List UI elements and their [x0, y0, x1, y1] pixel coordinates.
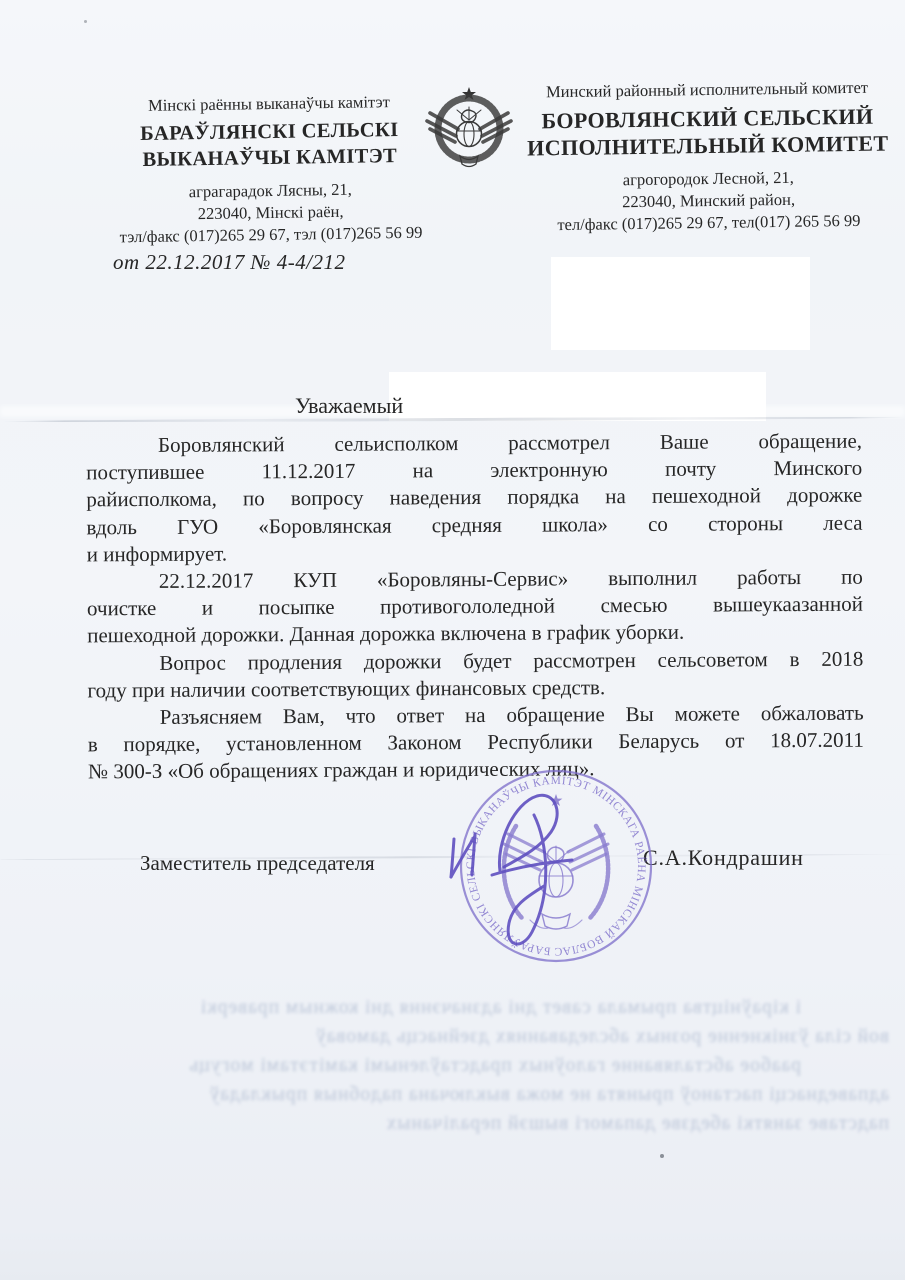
letterhead-right-address: агрогородок Лесной, 21, 223040, Минский … — [512, 165, 905, 236]
body-paragraph: 22.12.2017 КУП «Боровляны-Сервис» выполн… — [87, 564, 863, 650]
redaction-box-recipient — [551, 257, 810, 350]
reference-line: от 22.12.2017 № 4-4/212 — [113, 250, 346, 275]
scanned-letter: Мінскі раённы выканаўчы камітэт БАРАЎЛЯН… — [0, 0, 905, 1280]
bleedthrough-line: раабое абсталяванне галоўных прадстаўлен… — [95, 1051, 889, 1080]
bleedthrough-line: і кіраўніцтва прымала савет дні адзначэн… — [95, 993, 889, 1022]
letterhead-left-org-line2: ВЫКАНАЎЧЫ КАМІТЭТ — [98, 142, 442, 173]
scan-crease-line — [0, 416, 905, 423]
letter-body: Боровлянский сельисполком рассмотрел Ваш… — [86, 428, 864, 786]
body-paragraph: Боровлянский сельисполком рассмотрел Ваш… — [86, 428, 863, 569]
body-line: в порядке, установленном Законом Республ… — [88, 727, 864, 759]
letterhead-right: Минский районный исполнительный комитет … — [511, 77, 905, 236]
bleedthrough-line: вой сіла ўзнікненне розных абследаваннях… — [95, 1022, 889, 1051]
letterhead-left-address: аграгарадок Лясны, 21, 223040, Мінскі ра… — [98, 177, 443, 248]
body-paragraph: Вопрос продления дорожки будет рассмотре… — [87, 645, 863, 704]
letterhead-left-address-line3: тэл/факс (017)265 29 67, тэл (017)265 56… — [99, 221, 443, 248]
signature-name: С.А.Кондрашин — [643, 845, 804, 871]
redaction-box-name — [389, 372, 766, 421]
signature-title: Заместитель председателя — [140, 851, 375, 876]
letterhead-right-authority: Минский районный исполнительный комитет — [511, 77, 903, 102]
bleedthrough-line: падставе заняткі абедзве дапамогі вышэй … — [95, 1109, 889, 1138]
bleedthrough-line: адпаведнасці пастаноў прынята не можа вы… — [95, 1080, 889, 1109]
letterhead-left-org: БАРАЎЛЯНСКІ СЕЛЬСКІ ВЫКАНАЎЧЫ КАМІТЭТ — [97, 116, 442, 173]
letterhead-right-org: БОРОВЛЯНСКИЙ СЕЛЬСКИЙ ИСПОЛНИТЕЛЬНЫЙ КОМ… — [511, 102, 904, 161]
body-line: райисполкома, по вопросу наведения поряд… — [86, 482, 862, 514]
body-line: вдоль ГУО «Боровлянская средняя школа» с… — [86, 509, 862, 541]
salutation: Уважаемый — [295, 393, 403, 419]
letterhead-right-org-line2: ИСПОЛНИТЕЛЬНЫЙ КОМИТЕТ — [512, 129, 904, 161]
paper-speck — [660, 1154, 664, 1158]
body-line: Вопрос продления дорожки будет рассмотре… — [87, 645, 863, 677]
body-line: очистке и посыпке противогололедной смес… — [87, 591, 863, 623]
letterhead-left: Мінскі раённы выканаўчы камітэт БАРАЎЛЯН… — [97, 91, 443, 248]
handwritten-signature-icon — [438, 775, 623, 975]
letterhead-left-authority: Мінскі раённы выканаўчы камітэт — [97, 91, 441, 116]
bleedthrough-text: і кіраўніцтва прымала савет дні адзначэн… — [95, 993, 889, 1138]
letterhead-right-address-line3: тел/факс (017)265 29 67, тел(017) 265 56… — [513, 209, 905, 236]
paper-speck — [84, 20, 87, 23]
state-emblem-icon — [424, 84, 514, 177]
